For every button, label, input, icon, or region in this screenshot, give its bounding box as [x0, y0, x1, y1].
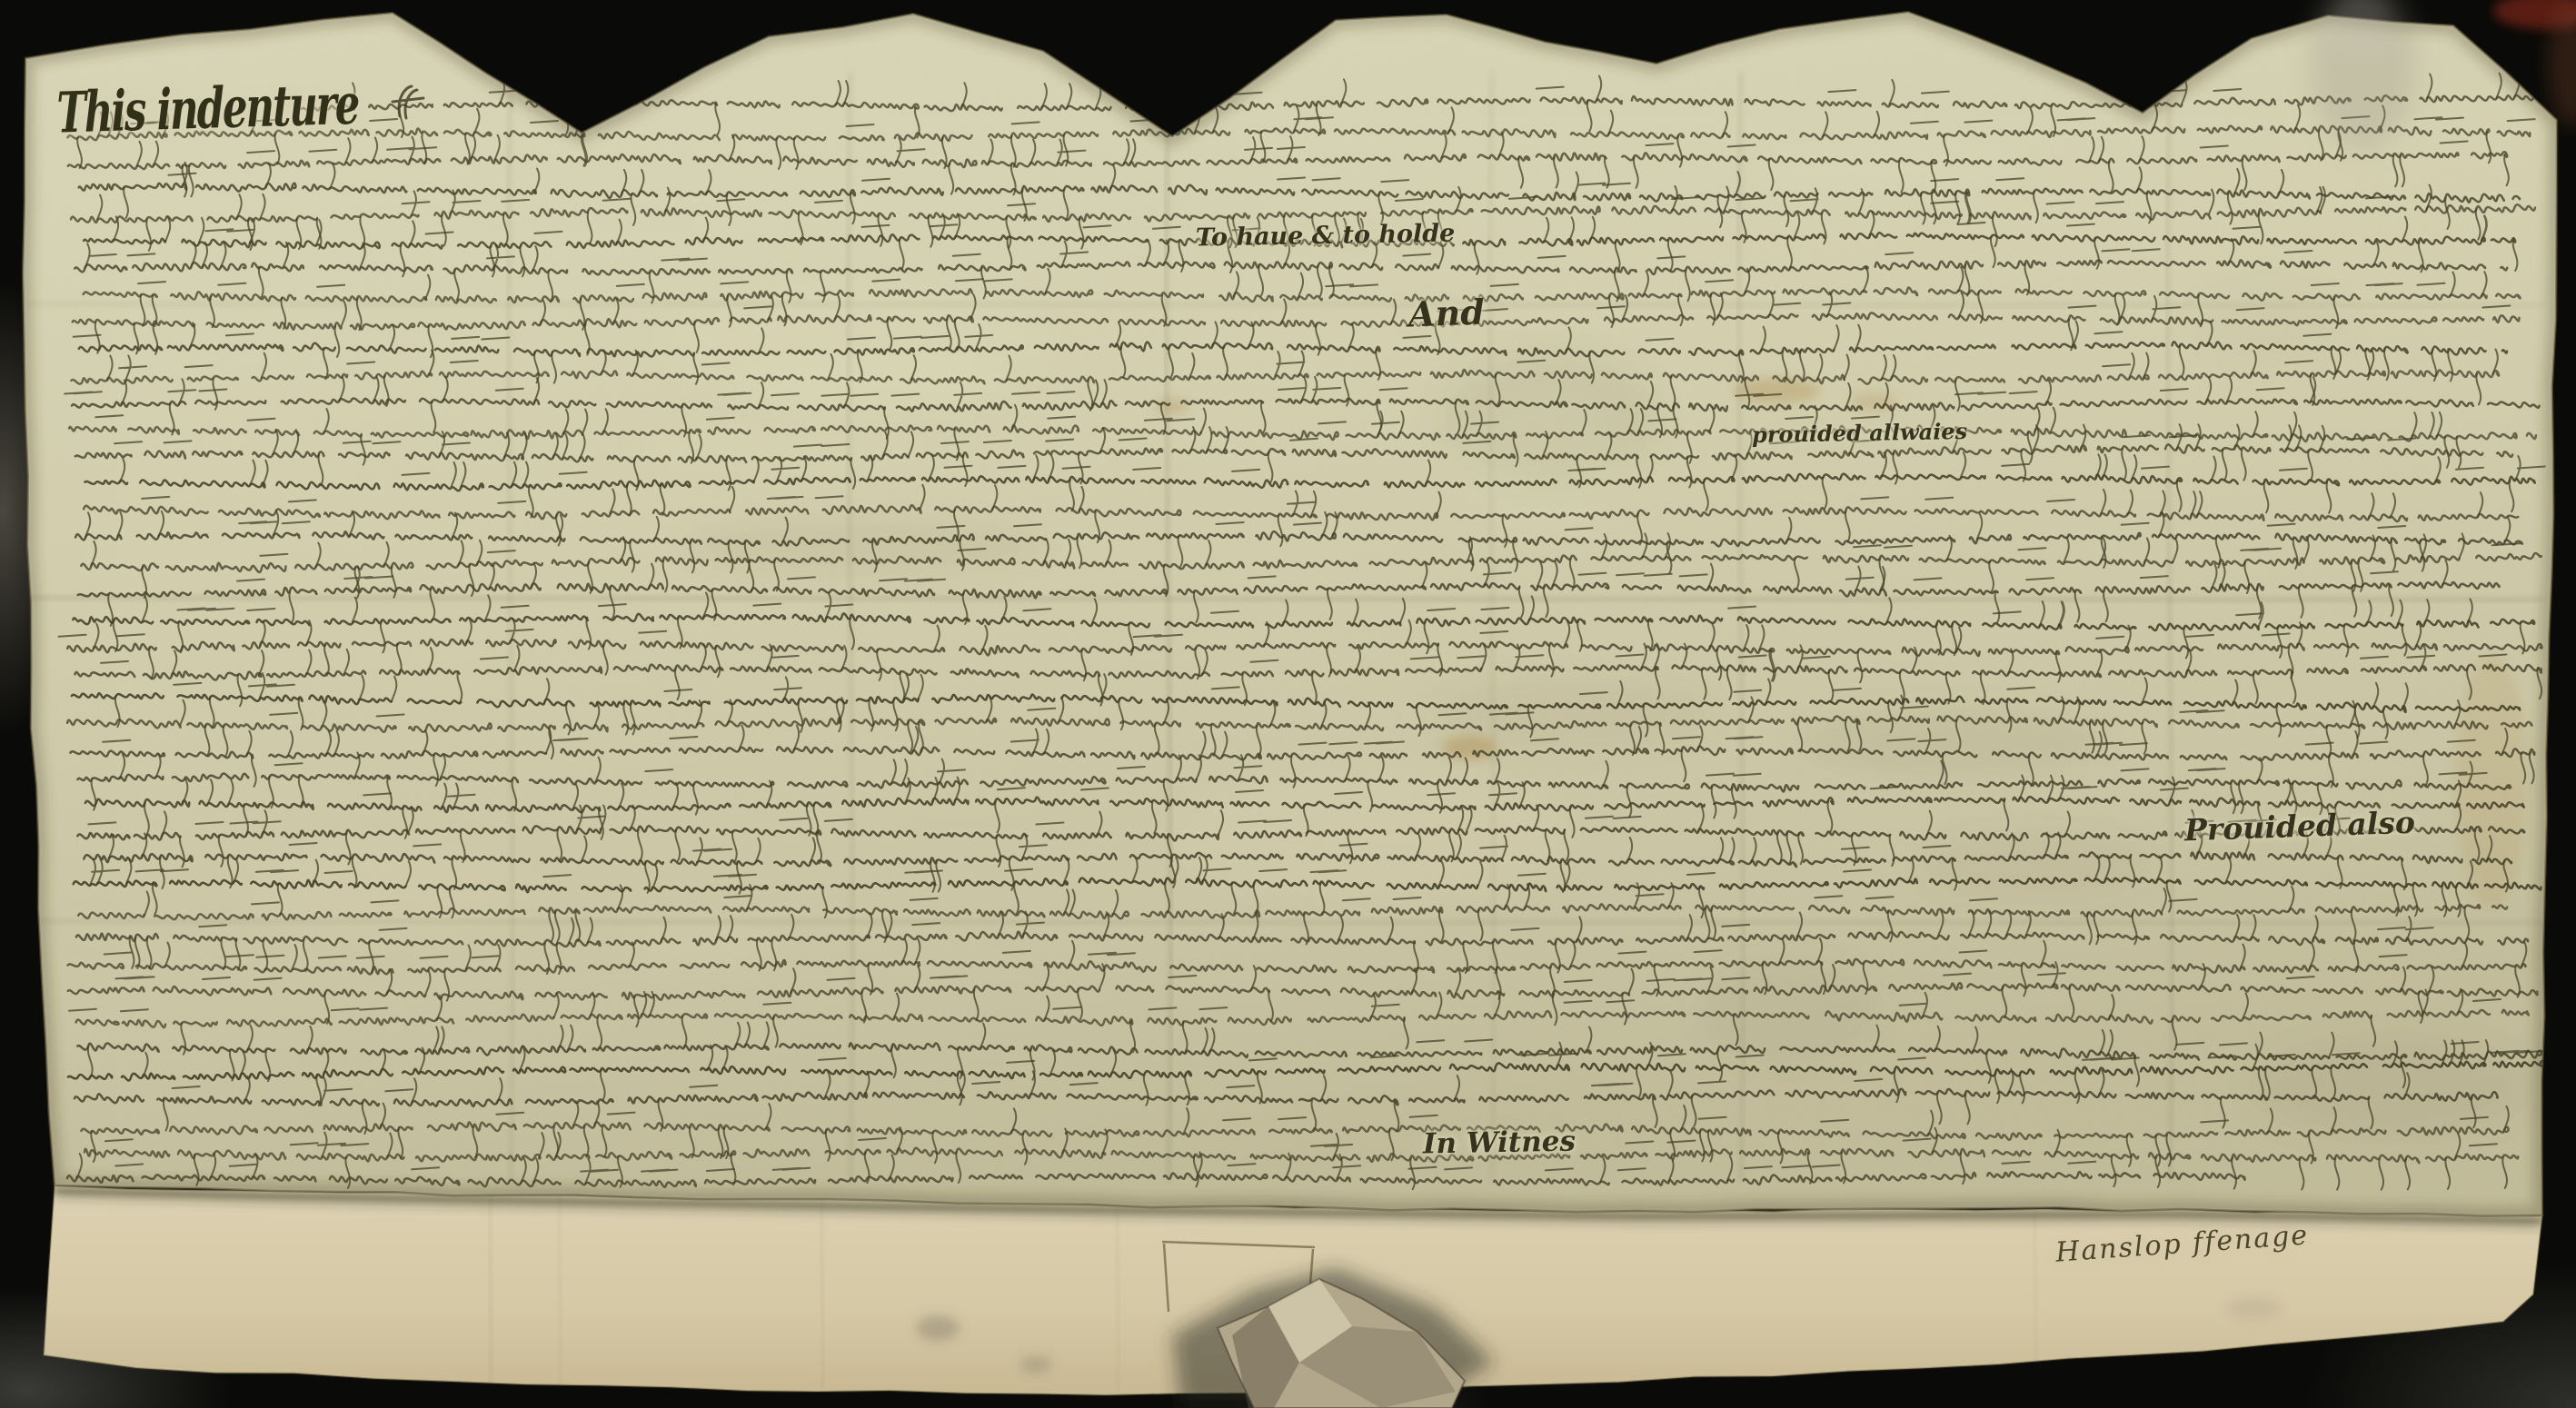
photo-stage: This indenture To haue & to holde And pr… [0, 0, 2576, 1408]
parchment-document [0, 0, 2576, 1408]
